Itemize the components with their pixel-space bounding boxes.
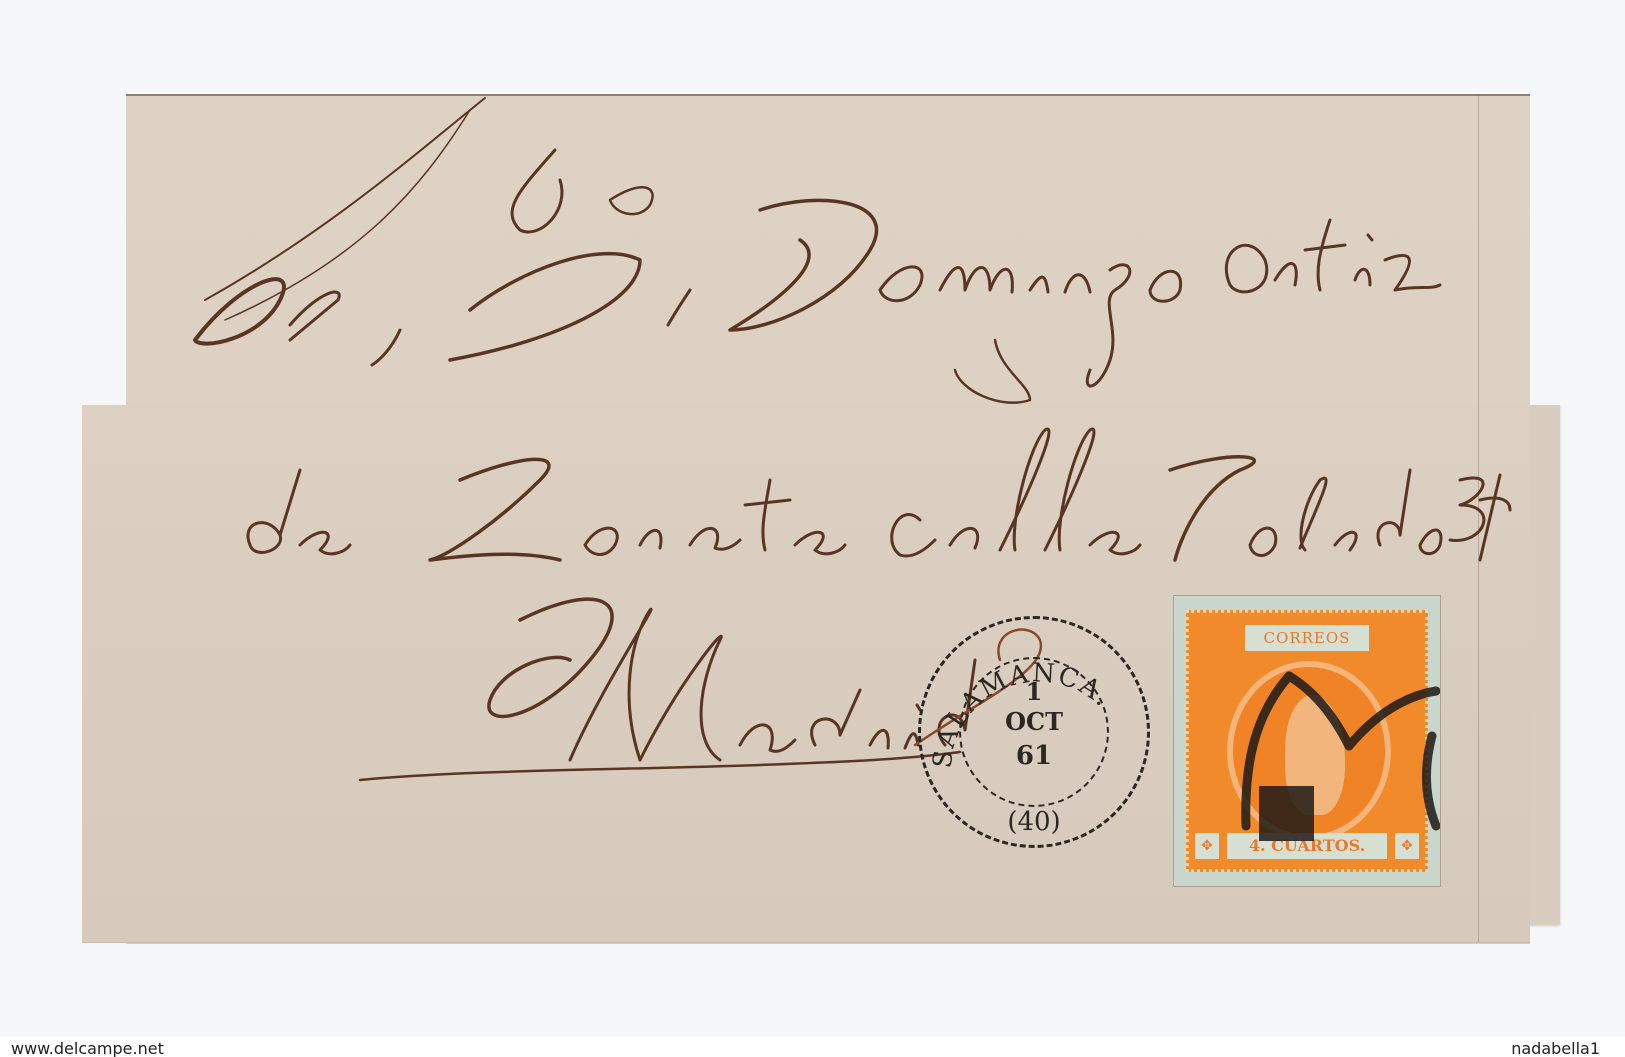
salamanca-postmark: SALAMANCA. 1 OCT 61 (40) xyxy=(918,616,1150,848)
postmark-inner-ring: 1 OCT 61 xyxy=(959,657,1109,807)
cancellation-mark xyxy=(1174,596,1440,886)
watermark-seller: nadabella1 xyxy=(1511,1040,1600,1057)
fold-line xyxy=(1478,94,1479,942)
postmark-month: OCT xyxy=(961,707,1107,736)
postmark-year: 61 xyxy=(961,741,1107,771)
watermark-site: www.delcampe.net xyxy=(11,1040,164,1057)
postmark-day: 1 xyxy=(961,677,1107,706)
postmark-code: (40) xyxy=(921,807,1147,837)
postage-stamp: CORREOS ✥ 4. CUARTOS. ✥ xyxy=(1174,596,1440,886)
